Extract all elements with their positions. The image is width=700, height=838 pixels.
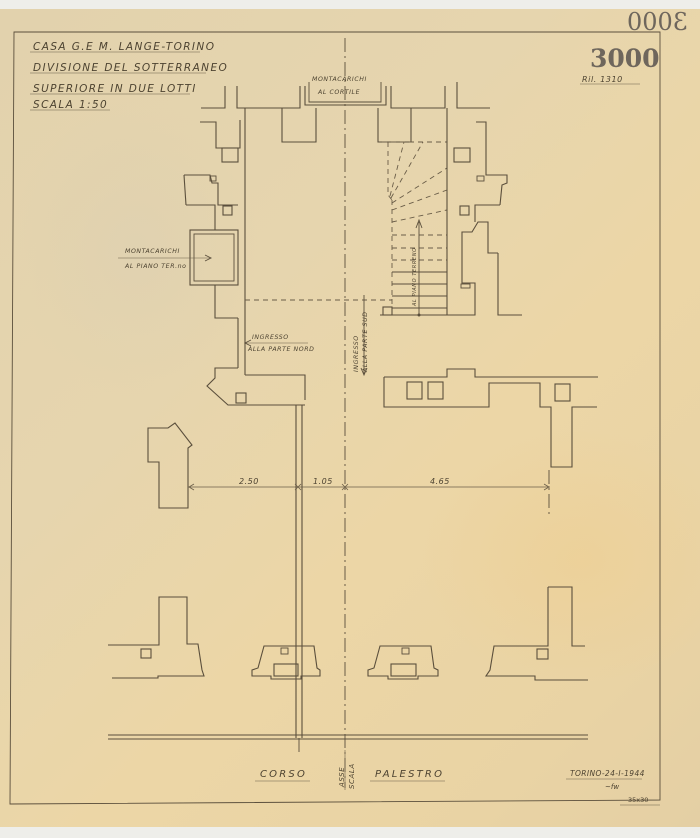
entrance-north-label-2: ALLA PARTE NORD (247, 346, 315, 353)
footer-block: TORINO-24-I-1944 ~fw 35x30 (566, 769, 660, 805)
title-line-4: SCALA 1:50 (33, 99, 108, 111)
dimension-middle: 1.05 (313, 477, 333, 486)
lift-ground-label-1: MONTACARICHI (125, 248, 180, 255)
entrance-south-label-1: INGRESSO (353, 335, 360, 372)
title-line-3: SUPERIORE IN DUE LOTTI (33, 83, 197, 95)
south-pillars (108, 587, 588, 680)
lift-courtyard-label-1: MONTACARICHI (312, 76, 367, 83)
entrance-north-label-1: INGRESSO (252, 334, 289, 341)
ref-number: Ril. 1310 (582, 75, 623, 84)
stamp-block: 3000 3000 Ril. 1310 (580, 8, 688, 84)
axis-label-2: SCALA (348, 763, 356, 789)
stamp-number: 3000 (590, 44, 660, 73)
border-frame (10, 32, 660, 804)
stair-label: AL PIANO TERRENO (412, 247, 418, 307)
floor-plan: CASA G.E M. LANGE-TORINO DIVISIONE DEL S… (0, 0, 700, 838)
title-line-2: DIVISIONE DEL SOTTERRANEO (33, 62, 228, 74)
dimension-line: 2.50 1.05 4.65 (188, 470, 550, 515)
entrance-south-label-2: ALLA PARTE SUD (362, 311, 369, 373)
plan-labels: MONTACARICHI AL CORTILE MONTACARICHI AL … (118, 76, 418, 375)
street-word-left: CORSO (260, 769, 307, 780)
signature: ~fw (605, 783, 619, 791)
mirrored-stamp-number: 3000 (627, 8, 688, 36)
title-line-1: CASA G.E M. LANGE-TORINO (33, 41, 215, 53)
street-word-right: PALESTRO (375, 769, 444, 780)
place-date: TORINO-24-I-1944 (570, 769, 645, 778)
street-name: CORSO PALESTRO ASSE SCALA (255, 750, 445, 790)
sheet-size: 35x30 (628, 796, 648, 804)
corridor-wall (296, 405, 302, 752)
building-walls-north (148, 82, 598, 508)
dimension-right: 4.65 (430, 477, 450, 486)
lift-ground-label-2: AL PIANO TER.no (124, 263, 187, 270)
dimension-left: 2.50 (239, 477, 259, 486)
lift-courtyard-label-2: AL CORTILE (317, 89, 360, 96)
street-edge (108, 735, 588, 739)
title-block: CASA G.E M. LANGE-TORINO DIVISIONE DEL S… (30, 41, 228, 111)
